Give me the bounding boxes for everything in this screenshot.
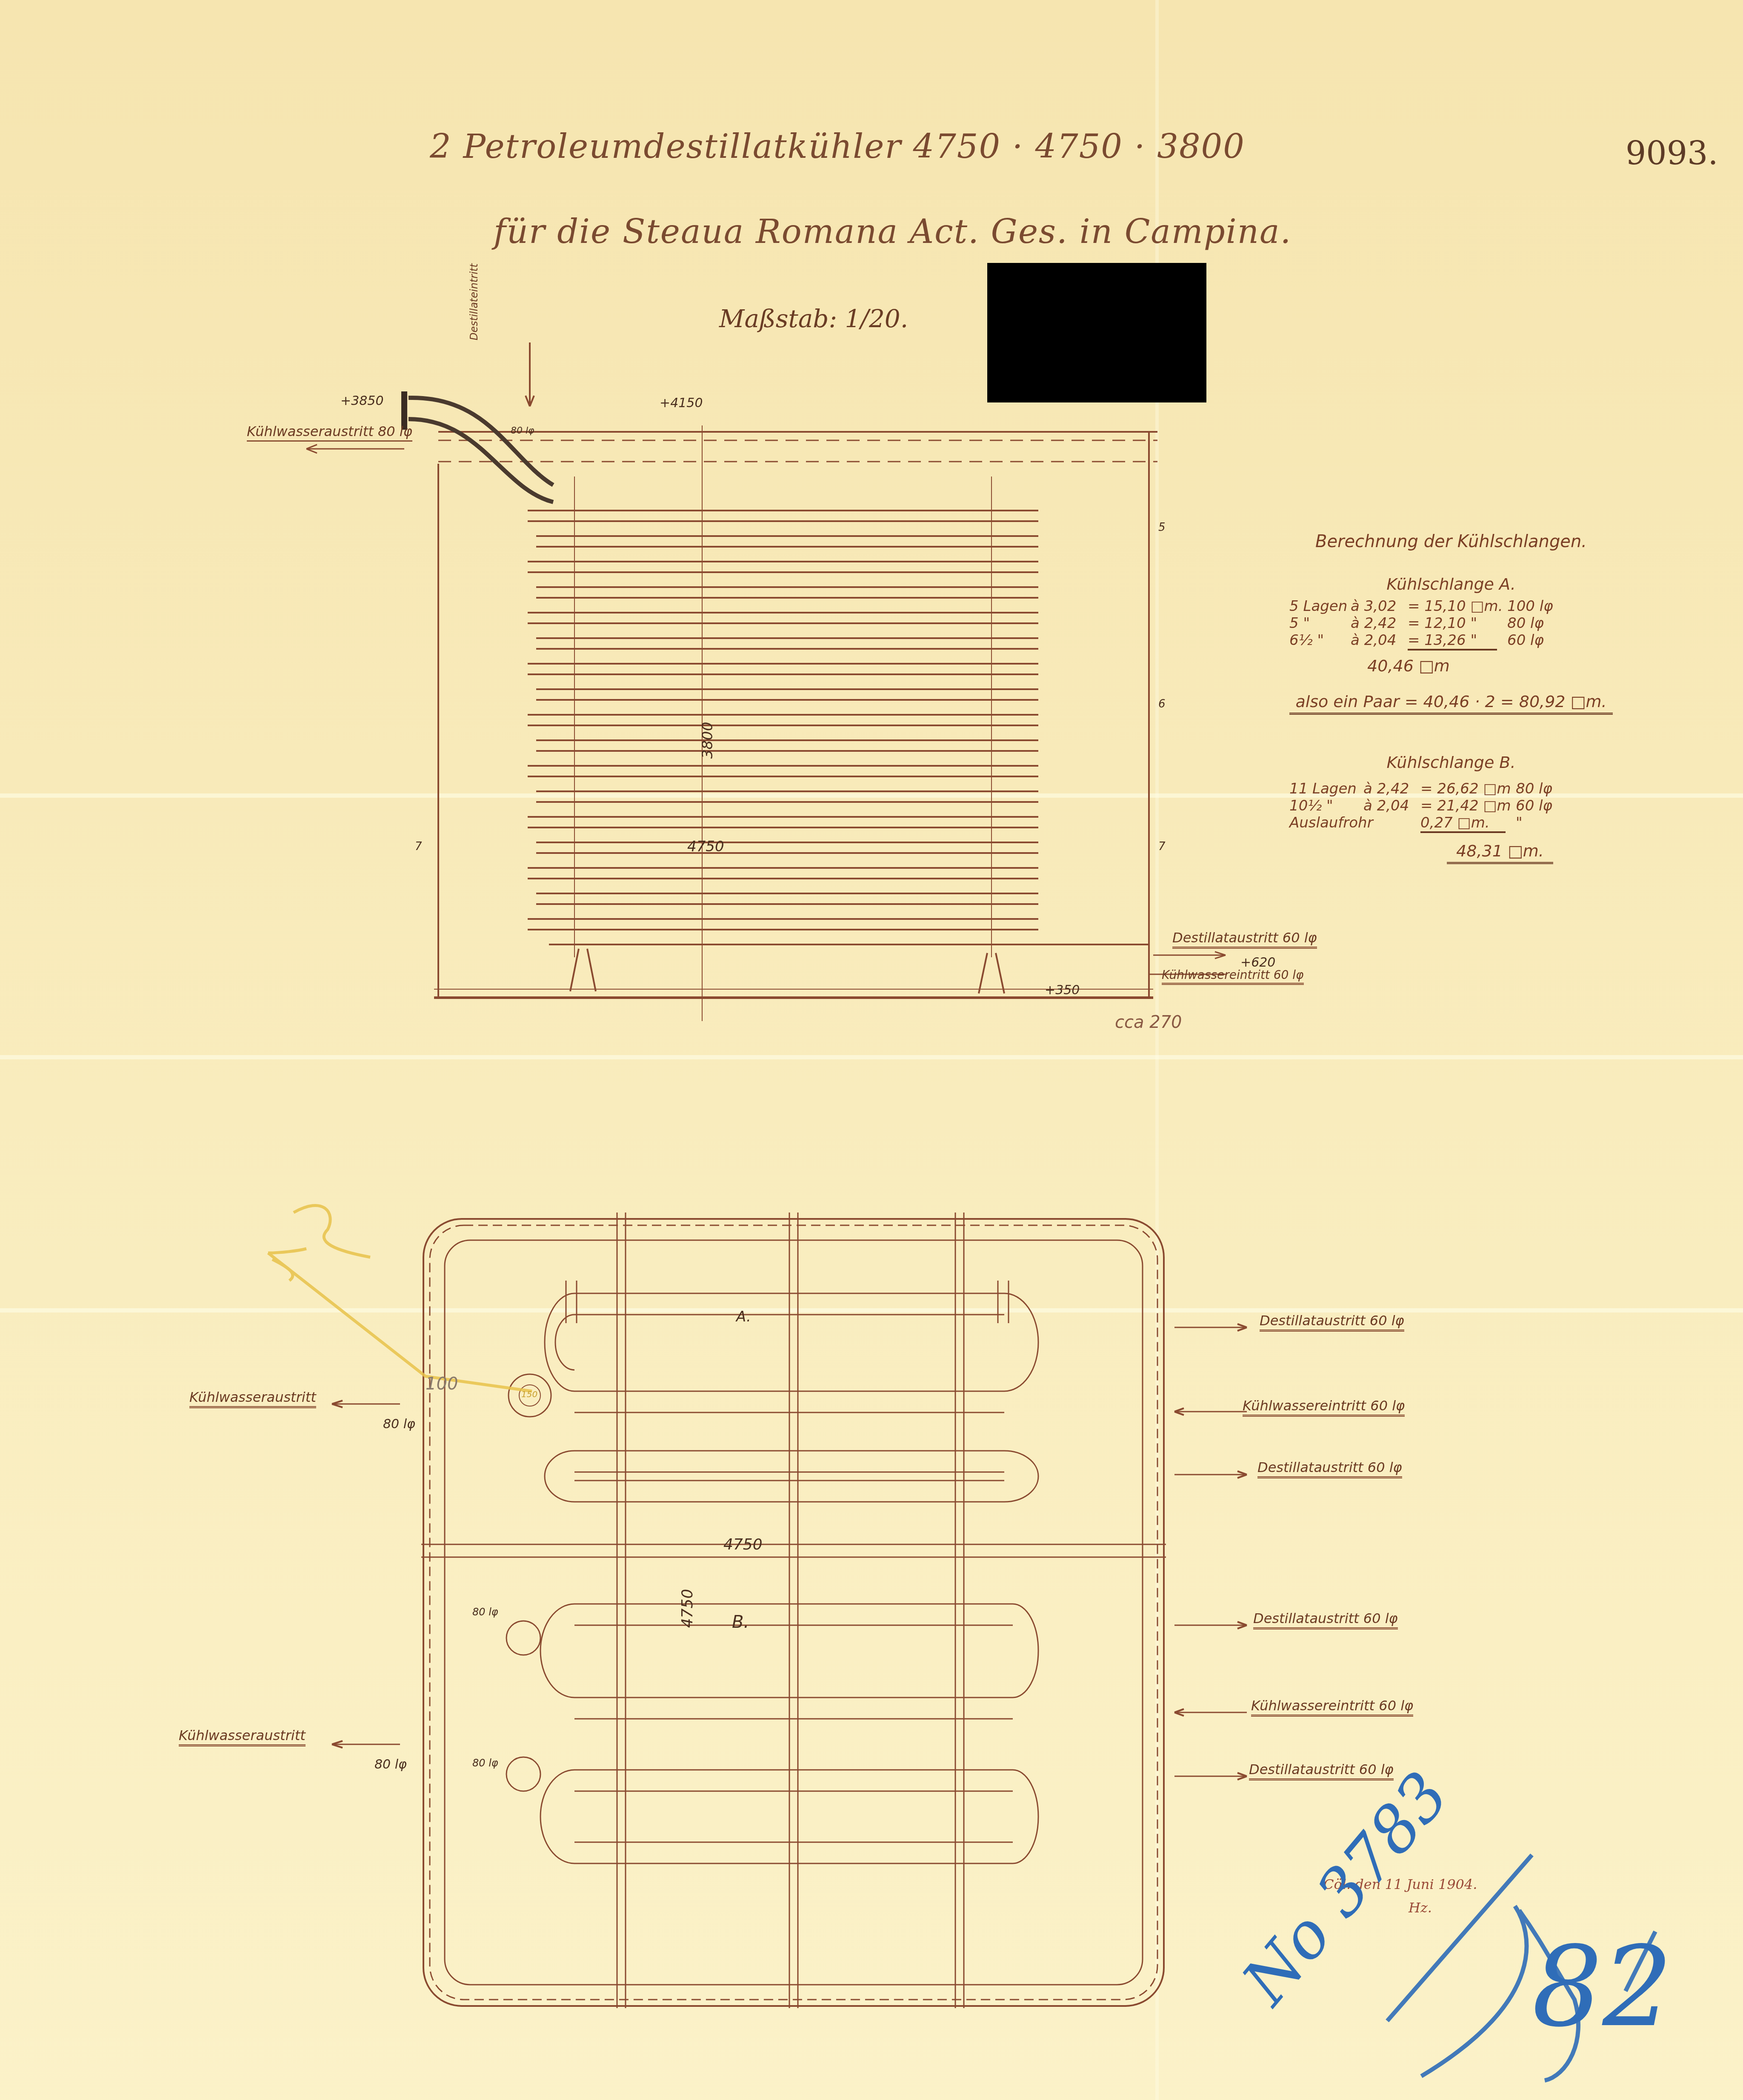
label-cooling-water-outlet: Kühlwasseraustritt 80 lφ [247, 423, 412, 442]
coil-b-total: 48,31 □m. [1447, 842, 1553, 864]
dimension-bottom-right: +350 [1045, 983, 1080, 998]
technical-drawing [0, 0, 1743, 2100]
dimension-width: 4750 [687, 838, 724, 855]
coil-b-label: B. [732, 1612, 749, 1632]
header-diameter: 150 [521, 1389, 537, 1399]
pencil-note: 100 [426, 1374, 458, 1394]
coil-a-row: 5 " à 2,42 = 12,10 " 80 lφ [1289, 615, 1613, 632]
side-mark: 5 [1158, 521, 1166, 534]
coil-b-row: 10½ " à 2,04 = 21,42 □m 60 lφ [1289, 797, 1613, 814]
plan-label-cooling-water-outlet: Kühlwasseraustritt [179, 1727, 306, 1746]
plan-label-cooling-water-inlet: Kühlwassereintritt 60 lφ [1243, 1398, 1405, 1417]
plan-label-cooling-water-outlet: Kühlwasseraustritt [189, 1389, 316, 1408]
plan-label-distillate-outlet: Destillataustritt 60 lφ [1249, 1761, 1394, 1780]
calculation-heading: Berechnung der Kühlschlangen. [1289, 532, 1613, 551]
side-mark: 7 [1158, 840, 1166, 853]
annotation-below: cca 270 [1115, 1013, 1182, 1032]
plan-label-distillate-outlet: Destillataustritt 60 lφ [1260, 1312, 1404, 1332]
label-cooling-water-inlet: Kühlwassereintritt 60 lφ [1162, 968, 1304, 985]
approval-initials: Hz. [1409, 1900, 1432, 1916]
plan-label-distillate-outlet: Destillataustritt 60 lφ [1253, 1610, 1398, 1629]
coil-b-table: 11 Lagen à 2,42 = 26,62 □m 80 lφ 10½ " à… [1289, 780, 1613, 833]
coil-a-pair-total: also ein Paar = 40,46 · 2 = 80,92 □m. [1289, 692, 1613, 715]
label-distillate-inlet: Destillateintritt [468, 263, 481, 340]
coil-a-row: 5 Lagen à 3,02 = 15,10 □m. 100 lφ [1289, 598, 1613, 615]
plan-size: 80 lφ [383, 1417, 415, 1432]
inner-size: 80 lφ [472, 1606, 498, 1618]
side-mark: 7 [415, 840, 422, 853]
coil-a-total: 40,46 □m [1289, 656, 1528, 675]
side-mark: 6 [1158, 698, 1166, 710]
dimension-top: +4150 [660, 396, 703, 411]
coil-a-title: Kühlschlange A. [1289, 575, 1613, 593]
dimension-top-left: +3850 [340, 394, 383, 408]
dimension-height: 3800 [699, 722, 716, 759]
plan-label-distillate-outlet: Destillataustritt 60 lφ [1257, 1459, 1402, 1478]
plan-label-cooling-water-inlet: Kühlwassereintritt 60 lφ [1251, 1698, 1413, 1717]
inlet-diameter: 80 lφ [511, 425, 534, 436]
plan-dimension-horizontal: 4750 [723, 1536, 763, 1553]
label-distillate-outlet: Destillataustritt 60 lφ [1172, 930, 1317, 949]
archive-stamp-number: 82 [1532, 1923, 1673, 2051]
calculation-block: Berechnung der Kühlschlangen. Kühlschlan… [1289, 532, 1613, 864]
coil-a-row: 6½ " à 2,04 = 13,26 " 60 lφ [1289, 632, 1613, 651]
coil-b-title: Kühlschlange B. [1289, 753, 1613, 772]
coil-b-row: Auslaufrohr 0,27 □m. " [1289, 814, 1613, 833]
coil-a-table: 5 Lagen à 3,02 = 15,10 □m. 100 lφ 5 " à … [1289, 598, 1613, 651]
plan-size: 80 lφ [374, 1757, 407, 1772]
coil-b-row: 11 Lagen à 2,42 = 26,62 □m 80 lφ [1289, 780, 1613, 797]
coil-a-label: A. [736, 1308, 751, 1325]
plan-dimension-vertical: 4750 [679, 1589, 696, 1628]
inner-size: 80 lφ [472, 1757, 498, 1769]
